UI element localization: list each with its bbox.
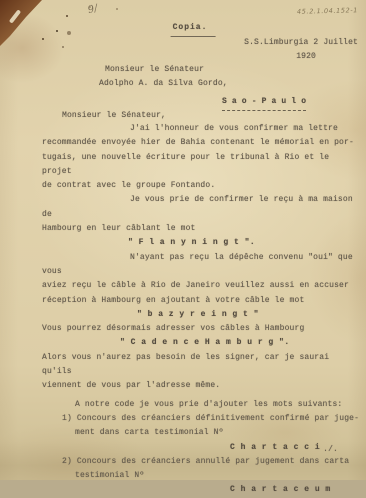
dateline-year: 1920 [244,50,358,64]
archival-reference: 45.2.1.04.152-1 [297,3,358,19]
body-line: A notre code je vous prie d'ajouter les … [75,398,360,412]
copy-label: Copia. [171,21,216,37]
body-line: J'ai l'honneur de vous confirmer ma lett… [42,122,360,136]
ink-specks [56,30,58,32]
letter-paper: 9/ 45.2.1.04.152-1 Copia. S.S.Limburgia … [0,0,366,480]
recipient-block: Monsieur le Sénateur Adolpho A. da Silva… [105,63,228,92]
cable-codeword: " F l a n y n i n g t ". [128,236,360,250]
cable-address: " C a d e n c e H a m b u r g ". [120,336,360,350]
body-line: Je vous prie de confirmer le reçu à ma m… [42,193,360,222]
list-item-1: 1) Concours des créanciers définitivemen… [62,412,360,426]
body-line: aviez reçu le câble à Rio de Janeiro veu… [42,279,360,293]
recipient-city: S a o - P a u l o [222,95,306,111]
cable-codeword: " b a z y r e i n g t " [137,308,360,322]
corner-stain [0,0,52,46]
body-line: Vous pourrez désormais adresser vos câbl… [42,322,360,336]
dateline: S.S.Limburgia 2 Juillet 1920 [244,36,358,65]
body-line: Alors vous n'aurez pas besoin de les sig… [42,351,360,380]
dateline-place: S.S.Limburgia 2 Juillet [244,36,358,50]
body-line: réception à Hambourg en ajoutant à votre… [42,294,360,308]
body-line: recommandée envoyée hier de Bahia conten… [42,136,360,150]
body-line: de contrat avec le groupe Fontando. [42,179,360,193]
recipient-title: Monsieur le Sénateur [105,63,228,77]
closing-mark: ./. [323,443,338,457]
body-line: Hambourg en leur câblant le mot [42,222,360,236]
list-item-2: 2) Concours des créanciers annullé par j… [62,455,360,469]
body-line: viennent de vous par l'adresse même. [42,379,360,393]
body-line: N'ayant pas reçu la dépêche convenu "oui… [42,251,360,280]
pencil-mark: 9/ [86,2,99,18]
recipient-name: Adolpho A. da Silva Gordo, [99,77,228,91]
list-item-2-cont: testimonial Nº [75,469,360,480]
list-item-1-cont: ment dans carta testimonial Nº [75,426,360,440]
body-line: tugais, une nouvelle écriture pour le tr… [42,151,360,180]
letter-body: J'ai l'honneur de vous confirmer ma lett… [42,122,360,480]
code-word-chartacci: C h a r t a c c i [230,441,360,455]
